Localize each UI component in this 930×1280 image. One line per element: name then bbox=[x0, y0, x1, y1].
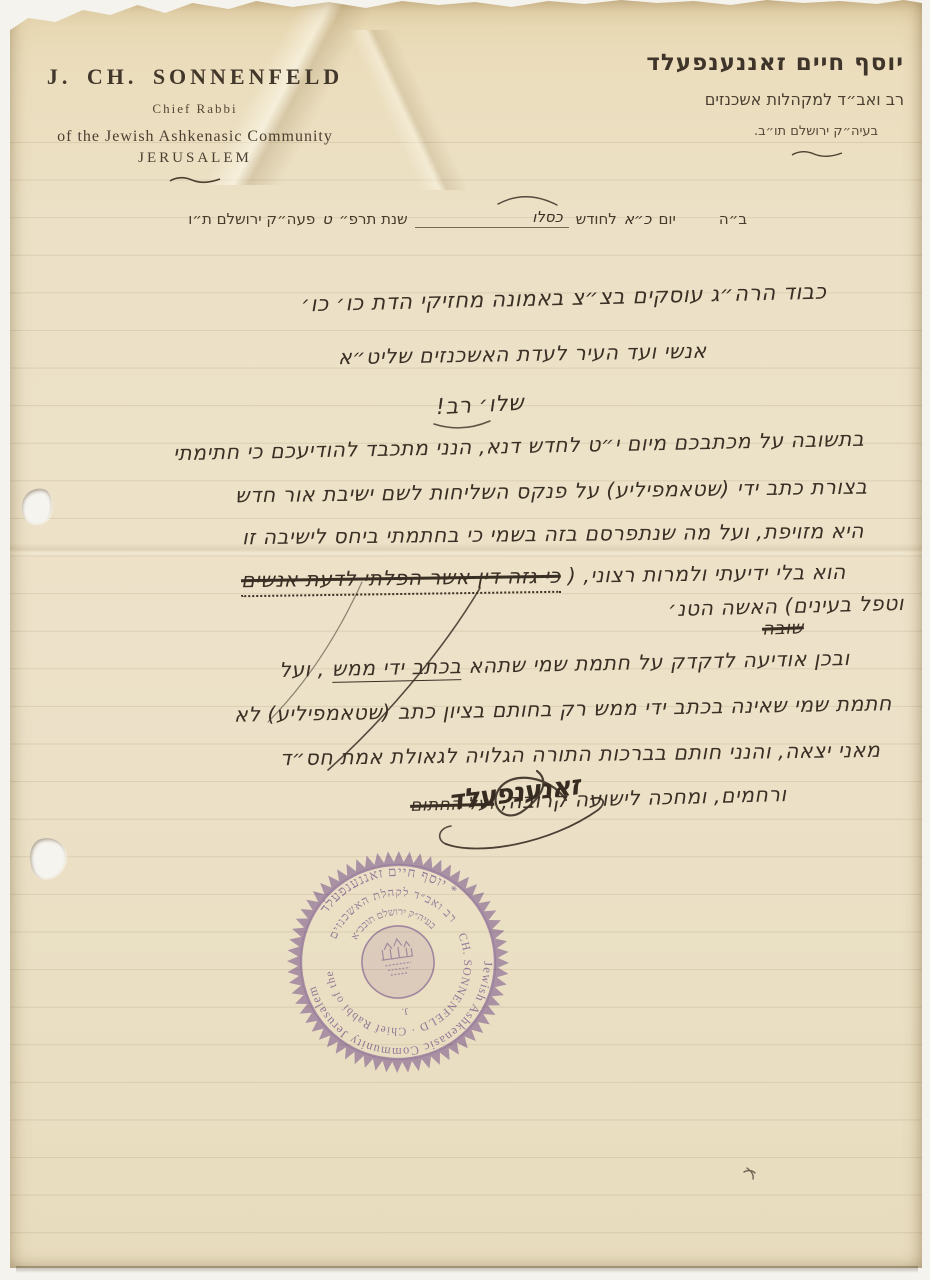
body-line-5: וטפל בעינים) האשה הטנ׳ bbox=[668, 591, 905, 621]
flourish-icon bbox=[790, 149, 844, 159]
stamp-medallion-circle bbox=[357, 921, 438, 1002]
crossed-out-word: שובה bbox=[762, 617, 805, 639]
svg-text:J.: J. bbox=[401, 1005, 409, 1017]
paper-shadow bbox=[16, 1266, 918, 1273]
rabbinate-stamp: יוסף חיים זאננענפעלד * Jewish Ashkenasic… bbox=[267, 831, 529, 1093]
body-line-7: חתמת שמי שאינה בכתב ידי ממש רק בחותם בצי… bbox=[234, 691, 892, 726]
year-label: שנת תרפ״ bbox=[339, 210, 408, 228]
bh-mark: ב״ה bbox=[719, 210, 747, 228]
letterhead-english: J. CH. SONNENFELD Chief Rabbi of the Jew… bbox=[30, 64, 360, 185]
letterhead-title-he: רב ואב״ד למקהלות אשכנזים bbox=[574, 90, 904, 109]
body-line-6: ובכן אודיעה לדקדק על חתמת שמי שתהא בכתב … bbox=[279, 646, 850, 682]
day-label: יום bbox=[658, 210, 675, 228]
body-line-6-post: , ועל bbox=[279, 657, 325, 682]
letterhead-community-en: of the Jewish Ashkenasic Community bbox=[30, 128, 360, 146]
letterhead-hebrew: יוסף חיים זאננענפעלד רב ואב״ד למקהלות אש… bbox=[574, 50, 904, 159]
body-line-2: בצורת כתב ידי (שטאמפיליע) על פנקס השליחו… bbox=[234, 475, 867, 508]
date-line: ב״ה יום כ״א לחודש כסלו שנת תרפ״ ט פעה״ק … bbox=[188, 208, 747, 228]
body-line-1: בתשובה על מכתבכם מיום י״ט לחדש דנא, הנני… bbox=[173, 427, 865, 465]
letterhead-city-he: בעיה״ק ירושלם תו״ב. bbox=[574, 124, 878, 139]
salutation-line-2: אנשי ועד העיר לעדת האשכנזים שליט״א bbox=[338, 339, 707, 369]
stamp-ring3-english: J. bbox=[401, 1005, 409, 1017]
letter-paper: J. CH. SONNENFELD Chief Rabbi of the Jew… bbox=[10, 0, 922, 1268]
scanned-letter-photo: J. CH. SONNENFELD Chief Rabbi of the Jew… bbox=[0, 0, 930, 1280]
body-line-6-pre: ובכן אודיעה לדקדק על חתמת שמי שתהא bbox=[469, 646, 851, 678]
greeting-line: שלו׳ רב! bbox=[435, 391, 524, 421]
month-label: לחודש bbox=[576, 210, 617, 228]
body-line-8: מאני יצאה, והנני חותם בברכות התורה הגלוי… bbox=[280, 738, 881, 770]
letterhead-city-en: JERUSALEM bbox=[30, 150, 360, 167]
punch-hole bbox=[27, 835, 69, 881]
month-value-handwritten: כסלו bbox=[415, 208, 569, 228]
crossed-out-text: כי גזה דין אשר הפלתי לדעת אנשים bbox=[241, 564, 561, 597]
salutation-line-1: כבוד הרה״ג עוסקים בצ״צ באמונה מחזיקי הדת… bbox=[301, 280, 827, 318]
year-value-handwritten: ט bbox=[322, 210, 332, 228]
day-value-handwritten: כ״א bbox=[624, 210, 652, 228]
punch-hole bbox=[18, 485, 56, 527]
letterhead-name-en: J. CH. SONNENFELD bbox=[30, 64, 360, 90]
body-line-4-text: הוא בלי ידיעתי ולמרות רצוני, ( bbox=[568, 560, 846, 588]
body-line-3: היא מזויפת, ועל מה שנתפרסם בזה בשמי כי ב… bbox=[242, 519, 864, 550]
place-label: פעה״ק ירושלם ת״ו bbox=[188, 210, 315, 228]
body-line-4: הוא בלי ידיעתי ולמרות רצוני, ( כי גזה די… bbox=[241, 560, 846, 592]
flourish-icon bbox=[168, 175, 222, 185]
letterhead-name-he: יוסף חיים זאננענפעלד bbox=[574, 50, 904, 76]
underlined-phrase: בכתב ידי ממש bbox=[332, 654, 462, 683]
letterhead-title-en: Chief Rabbi bbox=[30, 101, 360, 117]
